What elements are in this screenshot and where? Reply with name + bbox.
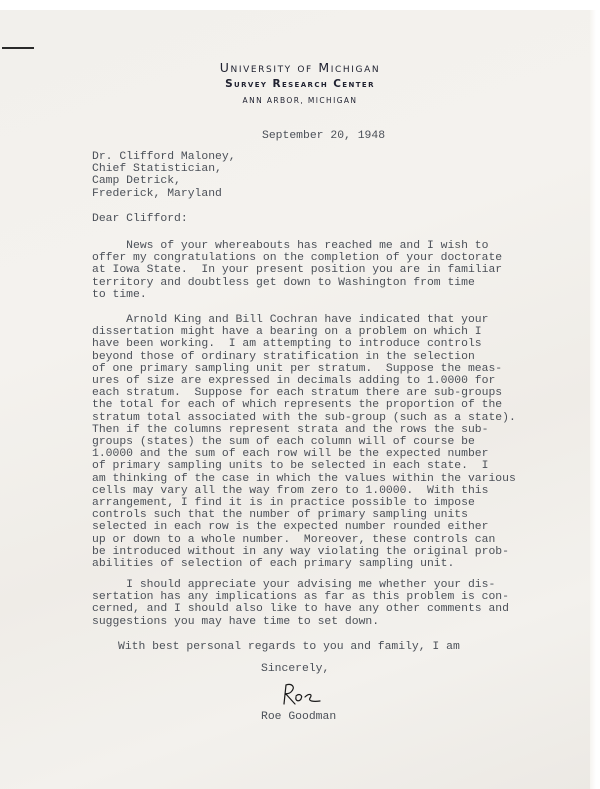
letterhead-location: ANN ARBOR, MICHIGAN bbox=[0, 96, 600, 105]
letterhead-center: Survey Research Center bbox=[0, 78, 600, 90]
paragraph-2: Arnold King and Bill Cochran have indica… bbox=[92, 314, 516, 570]
sign-off: Sincerely, bbox=[261, 663, 329, 675]
letterhead-institution: University of Michigan bbox=[0, 60, 600, 75]
paragraph-1: News of your whereabouts has reached me … bbox=[92, 240, 502, 301]
handwritten-signature bbox=[280, 682, 325, 708]
letter-date: September 20, 1948 bbox=[262, 130, 385, 142]
salutation: Dear Clifford: bbox=[92, 213, 188, 225]
closing-line: With best personal regards to you and fa… bbox=[118, 641, 460, 653]
recipient-address: Dr. Clifford Maloney, Chief Statistician… bbox=[92, 151, 236, 200]
margin-mark bbox=[2, 47, 34, 49]
signer-name: Roe Goodman bbox=[261, 711, 336, 723]
paragraph-3: I should appreciate your advising me whe… bbox=[92, 579, 509, 628]
